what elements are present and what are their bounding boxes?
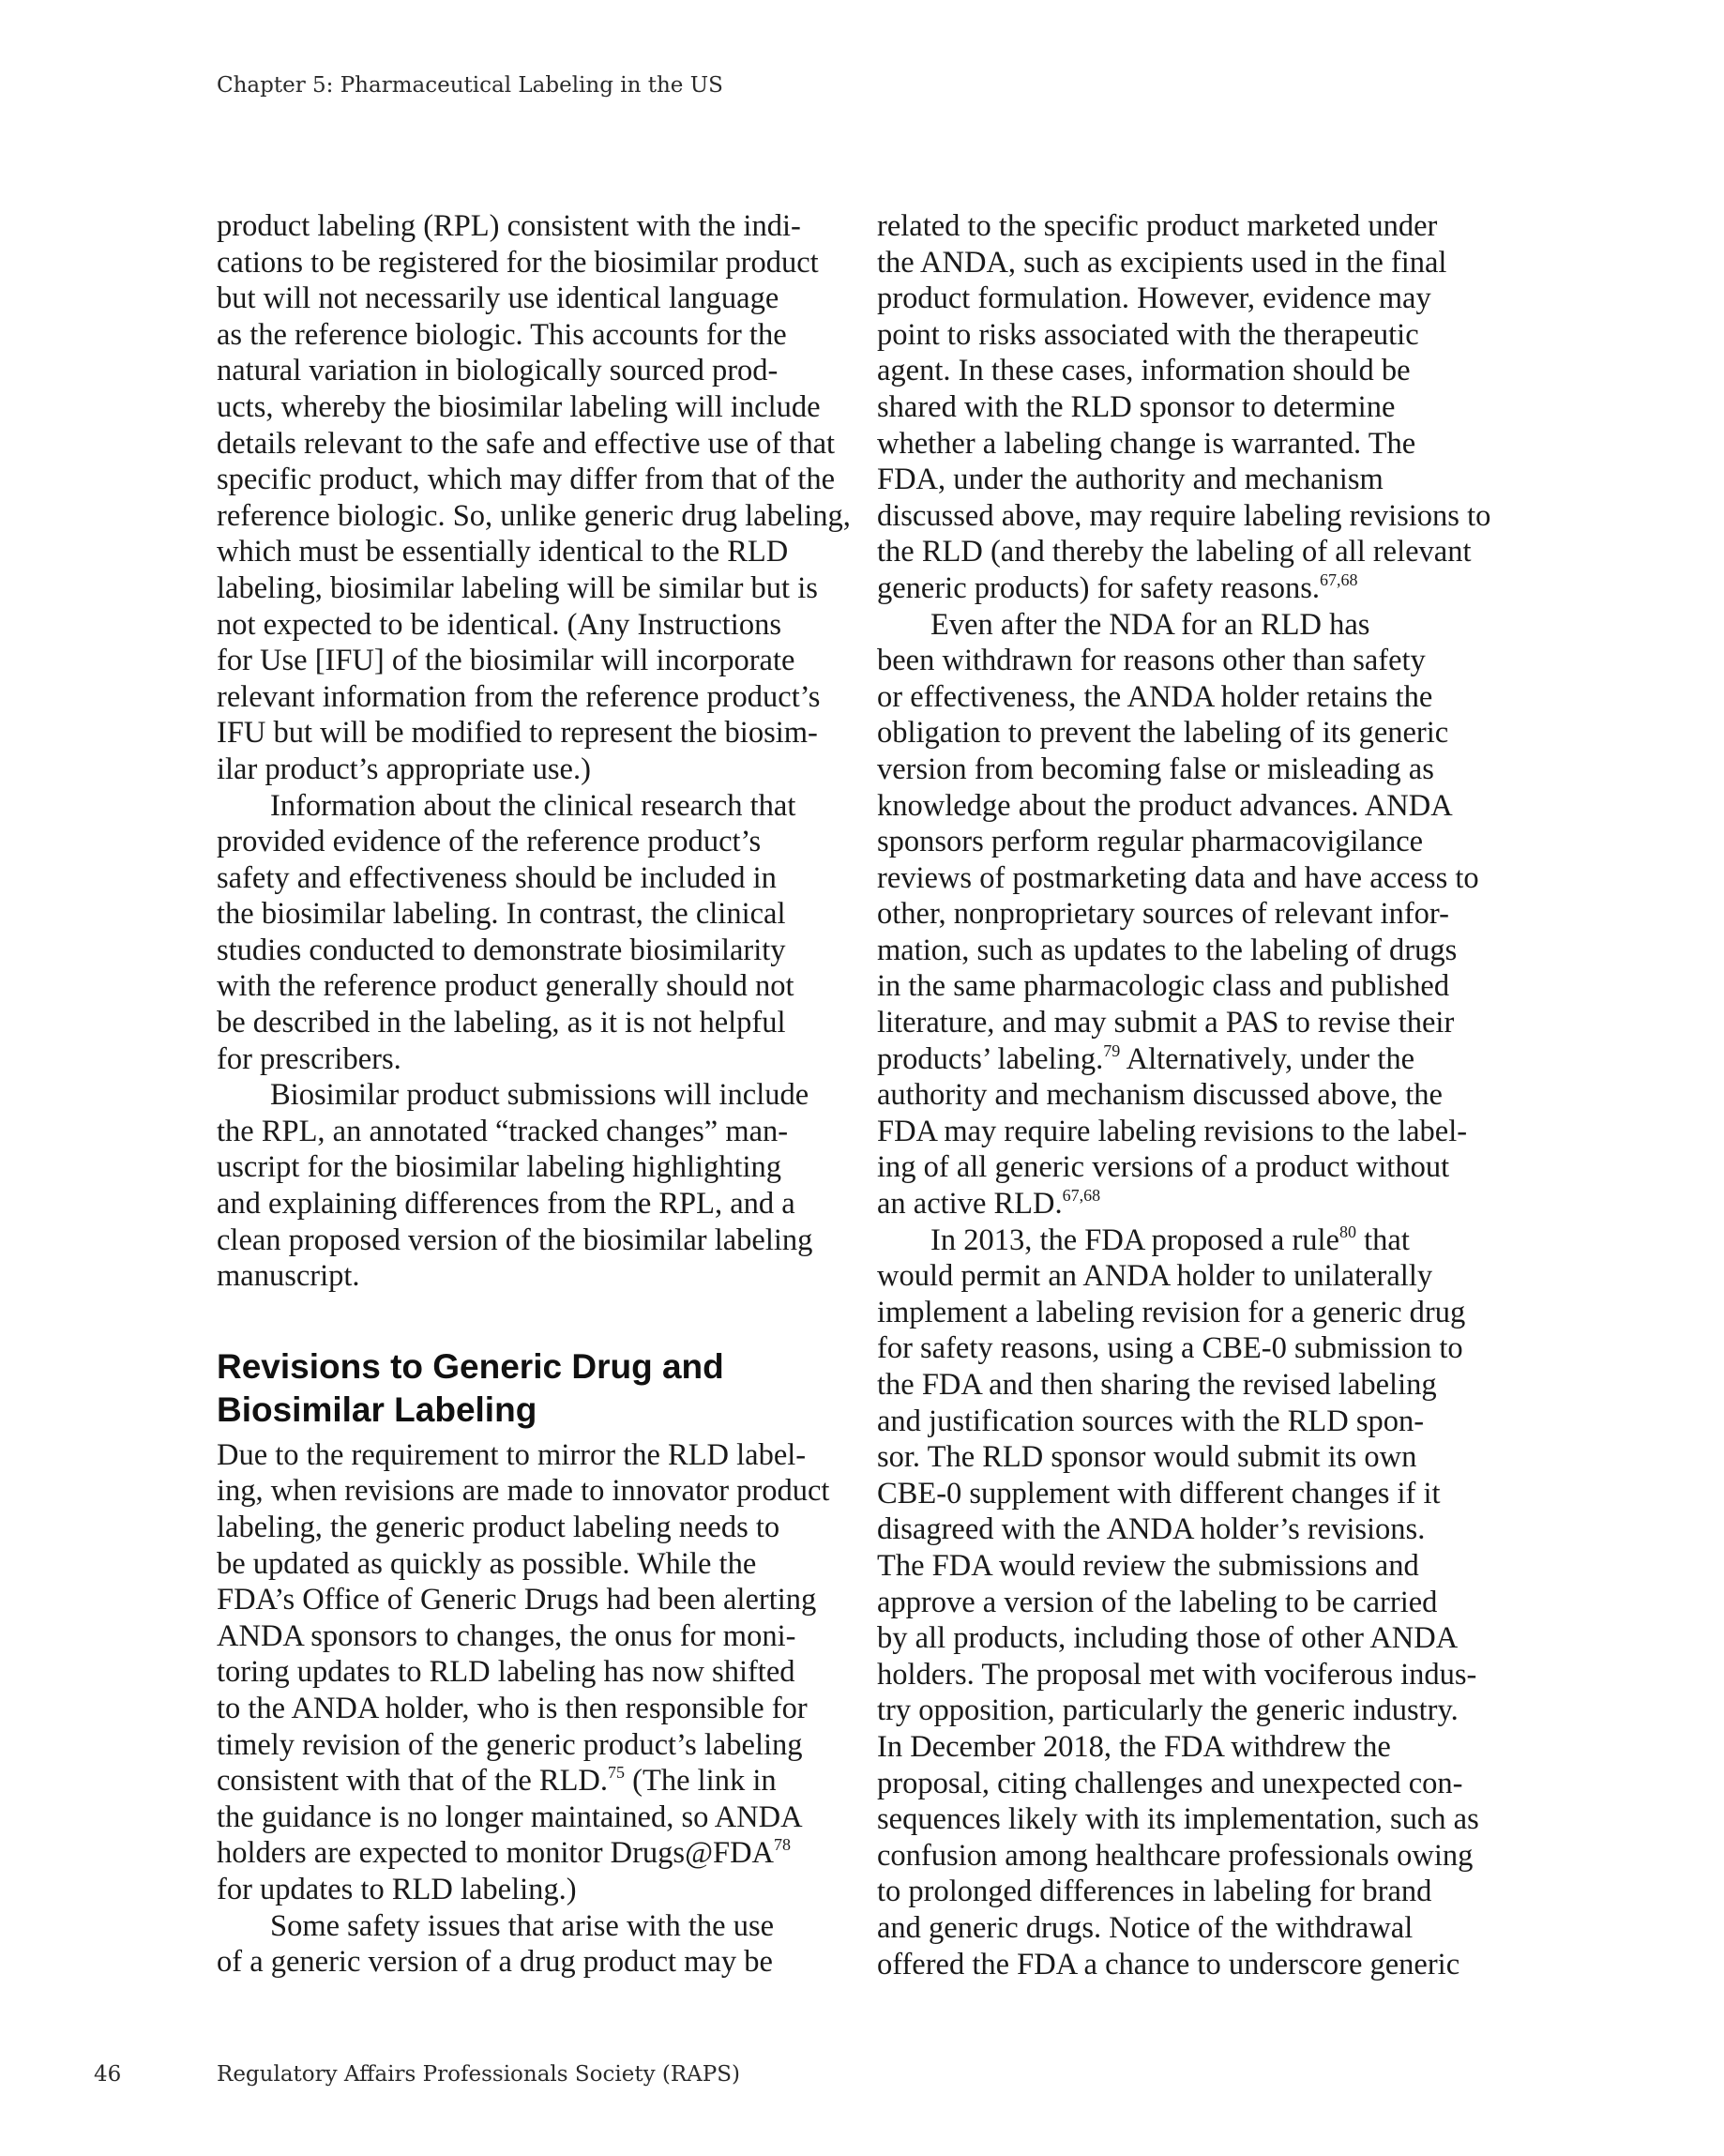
text-line: product labeling (RPL) consistent with t… bbox=[217, 208, 826, 245]
page-number: 46 bbox=[94, 2062, 121, 2087]
text-span: (The link in bbox=[625, 1764, 777, 1798]
text-line: discussed above, may require labeling re… bbox=[877, 498, 1496, 535]
text-line: and explaining differences from the RPL,… bbox=[217, 1186, 826, 1222]
text-line: Even after the NDA for an RLD has bbox=[877, 607, 1496, 644]
paragraph-2013-rule: In 2013, the FDA proposed a rule80 that … bbox=[877, 1222, 1496, 1982]
text-line: the RPL, an annotated “tracked changes” … bbox=[217, 1114, 826, 1150]
text-line: for safety reasons, using a CBE-0 submis… bbox=[877, 1330, 1496, 1367]
text-line: sor. The RLD sponsor would submit its ow… bbox=[877, 1439, 1496, 1476]
text-line: implement a labeling revision for a gene… bbox=[877, 1295, 1496, 1331]
footnote-ref: 80 bbox=[1339, 1222, 1356, 1241]
text-line: which must be essentially identical to t… bbox=[217, 534, 826, 570]
text-line: safety and effectiveness should be inclu… bbox=[217, 860, 826, 897]
text-line: disagreed with the ANDA holder’s revisio… bbox=[877, 1511, 1496, 1548]
text-line: agent. In these cases, information shoul… bbox=[877, 353, 1496, 389]
paragraph-revisions: Due to the requirement to mirror the RLD… bbox=[217, 1437, 826, 1908]
footnote-ref: 78 bbox=[774, 1835, 791, 1854]
text-line: be updated as quickly as possible. While… bbox=[217, 1546, 826, 1583]
footer-publisher: Regulatory Affairs Professionals Society… bbox=[217, 2062, 740, 2087]
text-line: Biosimilar product submissions will incl… bbox=[217, 1077, 826, 1114]
text-span: that bbox=[1356, 1223, 1410, 1257]
paragraph-nda-withdrawn: Even after the NDA for an RLD has been w… bbox=[877, 607, 1496, 1222]
text-line: provided evidence of the reference produ… bbox=[217, 824, 826, 860]
text-line: to the ANDA holder, who is then responsi… bbox=[217, 1691, 826, 1727]
text-line: cations to be registered for the biosimi… bbox=[217, 245, 826, 281]
text-line: not expected to be identical. (Any Instr… bbox=[217, 607, 826, 644]
text-line: In 2013, the FDA proposed a rule80 that bbox=[877, 1222, 1496, 1259]
text-span: generic products) for safety reasons. bbox=[877, 571, 1320, 605]
text-line: other, nonproprietary sources of relevan… bbox=[877, 896, 1496, 933]
text-line: related to the specific product marketed… bbox=[877, 208, 1496, 245]
text-line: ing, when revisions are made to innovato… bbox=[217, 1473, 826, 1510]
footnote-ref: 75 bbox=[608, 1763, 625, 1782]
text-line: the ANDA, such as excipients used in the… bbox=[877, 245, 1496, 281]
text-line: of a generic version of a drug product m… bbox=[217, 1944, 826, 1981]
text-line: details relevant to the safe and effecti… bbox=[217, 426, 826, 463]
text-line: the biosimilar labeling. In contrast, th… bbox=[217, 896, 826, 933]
text-line: to prolonged differences in labeling for… bbox=[877, 1874, 1496, 1910]
text-line: CBE-0 supplement with different changes … bbox=[877, 1476, 1496, 1512]
footnote-ref: 79 bbox=[1103, 1041, 1120, 1060]
text-line: the FDA and then sharing the revised lab… bbox=[877, 1367, 1496, 1404]
paragraph-specific-product: related to the specific product marketed… bbox=[877, 208, 1496, 607]
text-span: consistent with that of the RLD. bbox=[217, 1764, 608, 1798]
text-line: reviews of postmarketing data and have a… bbox=[877, 860, 1496, 897]
heading-line: Biosimilar Labeling bbox=[217, 1389, 826, 1432]
text-line: uscript for the biosimilar labeling high… bbox=[217, 1149, 826, 1186]
text-line: In December 2018, the FDA withdrew the bbox=[877, 1729, 1496, 1766]
text-line: an active RLD.67,68 bbox=[877, 1186, 1496, 1222]
text-span: In 2013, the FDA proposed a rule bbox=[930, 1223, 1339, 1257]
text-line: the RLD (and thereby the labeling of all… bbox=[877, 534, 1496, 570]
text-line: version from becoming false or misleadin… bbox=[877, 752, 1496, 788]
left-column: product labeling (RPL) consistent with t… bbox=[217, 208, 826, 1981]
paragraph-clinical-research: Information about the clinical research … bbox=[217, 788, 826, 1078]
text-line: proposal, citing challenges and unexpect… bbox=[877, 1766, 1496, 1802]
text-line: FDA, under the authority and mechanism bbox=[877, 462, 1496, 498]
text-span: products’ labeling. bbox=[877, 1042, 1103, 1076]
text-line: studies conducted to demonstrate biosimi… bbox=[217, 933, 826, 969]
paragraph-safety-issues: Some safety issues that arise with the u… bbox=[217, 1908, 826, 1981]
text-line: whether a labeling change is warranted. … bbox=[877, 426, 1496, 463]
text-line: by all products, including those of othe… bbox=[877, 1620, 1496, 1657]
text-line: relevant information from the reference … bbox=[217, 679, 826, 716]
text-line: product formulation. However, evidence m… bbox=[877, 281, 1496, 317]
text-line: Information about the clinical research … bbox=[217, 788, 826, 825]
text-line: natural variation in biologically source… bbox=[217, 353, 826, 389]
text-line: manuscript. bbox=[217, 1258, 826, 1295]
text-line: and generic drugs. Notice of the withdra… bbox=[877, 1910, 1496, 1947]
text-line: try opposition, particularly the generic… bbox=[877, 1693, 1496, 1729]
text-line: confusion among healthcare professionals… bbox=[877, 1838, 1496, 1875]
text-line: be described in the labeling, as it is n… bbox=[217, 1005, 826, 1041]
text-line: FDA’s Office of Generic Drugs had been a… bbox=[217, 1582, 826, 1618]
text-line: for Use [IFU] of the biosimilar will inc… bbox=[217, 643, 826, 679]
text-line: specific product, which may differ from … bbox=[217, 462, 826, 498]
right-column: related to the specific product marketed… bbox=[877, 208, 1496, 1982]
text-line: toring updates to RLD labeling has now s… bbox=[217, 1654, 826, 1691]
text-span: holders are expected to monitor Drugs@FD… bbox=[217, 1836, 774, 1870]
text-line: mation, such as updates to the labeling … bbox=[877, 933, 1496, 969]
text-line: and justification sources with the RLD s… bbox=[877, 1404, 1496, 1440]
text-line: been withdrawn for reasons other than sa… bbox=[877, 643, 1496, 679]
paragraph-submissions: Biosimilar product submissions will incl… bbox=[217, 1077, 826, 1295]
text-line: approve a version of the labeling to be … bbox=[877, 1585, 1496, 1621]
text-line: Some safety issues that arise with the u… bbox=[217, 1908, 826, 1945]
text-line: ilar product’s appropriate use.) bbox=[217, 752, 826, 788]
text-line: The FDA would review the submissions and bbox=[877, 1548, 1496, 1585]
text-line: reference biologic. So, unlike generic d… bbox=[217, 498, 826, 535]
text-line: ing of all generic versions of a product… bbox=[877, 1149, 1496, 1186]
text-line: clean proposed version of the biosimilar… bbox=[217, 1222, 826, 1259]
text-line: would permit an ANDA holder to unilatera… bbox=[877, 1258, 1496, 1295]
text-line: FDA may require labeling revisions to th… bbox=[877, 1114, 1496, 1150]
text-span: Alternatively, under the bbox=[1120, 1042, 1414, 1076]
text-line: sponsors perform regular pharmacovigilan… bbox=[877, 824, 1496, 860]
text-line: shared with the RLD sponsor to determine bbox=[877, 389, 1496, 426]
text-line: Due to the requirement to mirror the RLD… bbox=[217, 1437, 826, 1474]
text-line: the guidance is no longer maintained, so… bbox=[217, 1799, 826, 1836]
text-line: for updates to RLD labeling.) bbox=[217, 1872, 826, 1908]
text-line: ANDA sponsors to changes, the onus for m… bbox=[217, 1618, 826, 1655]
text-line: or effectiveness, the ANDA holder retain… bbox=[877, 679, 1496, 716]
text-line: as the reference biologic. This accounts… bbox=[217, 317, 826, 354]
text-line: obligation to prevent the labeling of it… bbox=[877, 715, 1496, 752]
running-head: Chapter 5: Pharmaceutical Labeling in th… bbox=[217, 73, 723, 98]
footnote-ref: 67,68 bbox=[1063, 1186, 1101, 1205]
footnote-ref: 67,68 bbox=[1320, 570, 1358, 589]
text-line: with the reference product generally sho… bbox=[217, 968, 826, 1005]
paragraph-biosimilar-rpl: product labeling (RPL) consistent with t… bbox=[217, 208, 826, 788]
text-line: ucts, whereby the biosimilar labeling wi… bbox=[217, 389, 826, 426]
text-line: knowledge about the product advances. AN… bbox=[877, 788, 1496, 825]
text-line: consistent with that of the RLD.75 (The … bbox=[217, 1763, 826, 1799]
text-line: sequences likely with its implementation… bbox=[877, 1801, 1496, 1838]
text-line: but will not necessarily use identical l… bbox=[217, 281, 826, 317]
text-line: IFU but will be modified to represent th… bbox=[217, 715, 826, 752]
section-spacer bbox=[217, 1295, 826, 1345]
text-line: holders. The proposal met with vociferou… bbox=[877, 1657, 1496, 1693]
text-line: point to risks associated with the thera… bbox=[877, 317, 1496, 354]
text-line: holders are expected to monitor Drugs@FD… bbox=[217, 1835, 826, 1872]
text-line: labeling, the generic product labeling n… bbox=[217, 1510, 826, 1546]
text-line: offered the FDA a chance to underscore g… bbox=[877, 1947, 1496, 1983]
heading-line: Revisions to Generic Drug and bbox=[217, 1345, 826, 1389]
section-heading: Revisions to Generic Drug and Biosimilar… bbox=[217, 1345, 826, 1432]
text-line: authority and mechanism discussed above,… bbox=[877, 1077, 1496, 1114]
text-line: literature, and may submit a PAS to revi… bbox=[877, 1005, 1496, 1041]
text-line: in the same pharmacologic class and publ… bbox=[877, 968, 1496, 1005]
text-line: generic products) for safety reasons.67,… bbox=[877, 570, 1496, 607]
text-line: for prescribers. bbox=[217, 1041, 826, 1078]
text-line: labeling, biosimilar labeling will be si… bbox=[217, 570, 826, 607]
text-span: an active RLD. bbox=[877, 1187, 1063, 1221]
text-line: timely revision of the generic product’s… bbox=[217, 1727, 826, 1764]
text-line: products’ labeling.79 Alternatively, und… bbox=[877, 1041, 1496, 1078]
